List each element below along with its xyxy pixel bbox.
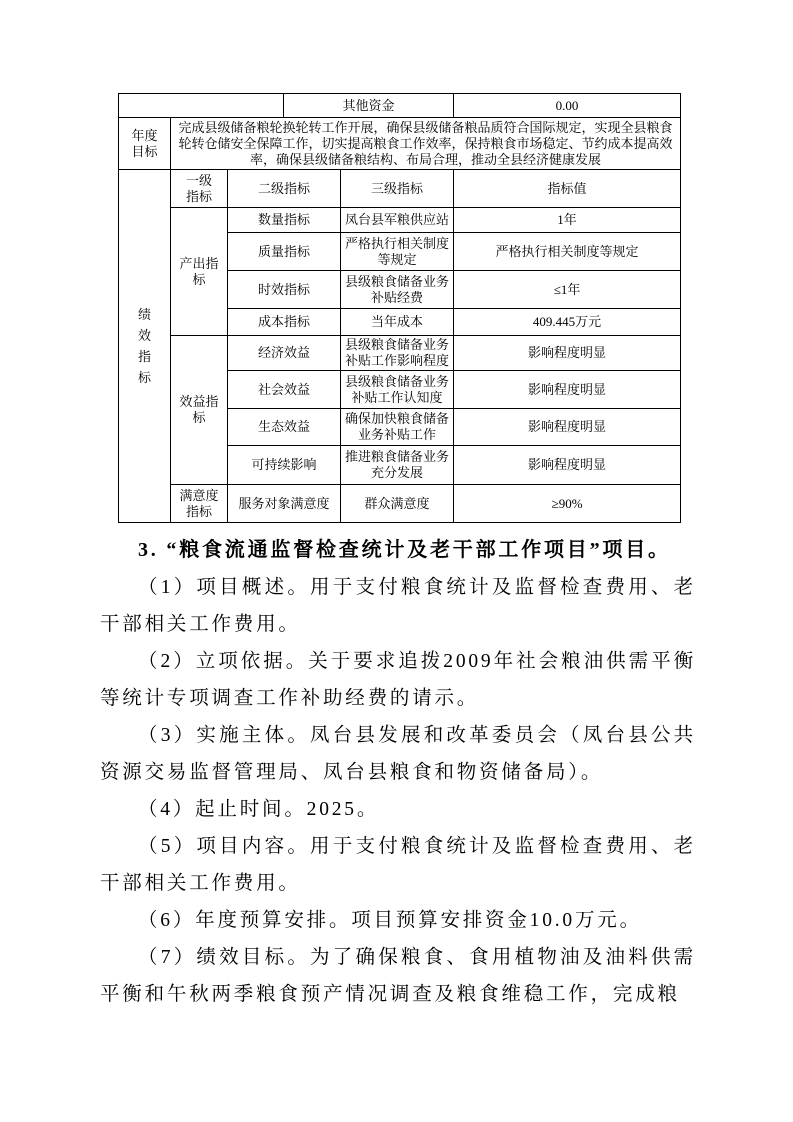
indicator-row: 产出指标 数量指标 凤台县军粮供应站 1年 [119,208,681,233]
l2-cell: 生态效益 [228,409,341,446]
l3-cell: 推进粮食储备业务充分发展 [341,446,454,485]
document-body: 3. “粮食流通监督检查统计及老干部工作项目”项目。 （1）项目概述。用于支付粮… [100,532,696,1013]
annual-goal-label-cell: 年度目标 [119,118,171,170]
paragraph-budget: （6）年度预算安排。项目预算安排资金10.0万元。 [100,902,696,939]
performance-side-label: 绩效指标 [138,304,151,388]
table-row-indicator-header: 绩效指标 一级指标 二级指标 三级指标 指标值 [119,170,681,208]
value-cell: ≥90% [454,485,681,523]
l3-cell: 严格执行相关制度等规定 [341,233,454,271]
performance-side-label-cell: 绩效指标 [119,170,171,523]
header-level1: 一级指标 [186,173,212,205]
header-level2-cell: 二级指标 [228,170,341,208]
output-group-label: 产出指标 [180,256,219,288]
l3-cell: 县级粮食储备业务补贴工作认知度 [341,371,454,409]
empty-cell [119,94,284,118]
value-cell: 影响程度明显 [454,371,681,409]
l2-cell: 质量指标 [228,233,341,271]
l2-cell: 数量指标 [228,208,341,233]
header-level3-cell: 三级指标 [341,170,454,208]
l3-cell: 确保加快粮食储备业务补贴工作 [341,409,454,446]
satisfaction-group-label: 满意度指标 [180,488,219,520]
value-cell: 影响程度明显 [454,336,681,371]
performance-indicator-table: 其他资金 0.00 年度目标 完成县级储备粮轮换轮转工作开展，确保县级储备粮品质… [118,93,681,523]
l2-cell: 可持续影响 [228,446,341,485]
value-cell: 影响程度明显 [454,409,681,446]
satisfaction-group-label-cell: 满意度指标 [171,485,228,523]
value-cell: 影响程度明显 [454,446,681,485]
header-value-cell: 指标值 [454,170,681,208]
other-funds-value-cell: 0.00 [454,94,681,118]
table-row-annual-goal: 年度目标 完成县级储备粮轮换轮转工作开展，确保县级储备粮品质符合国际规定，实现全… [119,118,681,170]
paragraph-content: （5）项目内容。用于支付粮食统计及监督检查费用、老干部相关工作费用。 [100,828,696,902]
l2-cell: 时效指标 [228,271,341,309]
l3-cell: 县级粮食储备业务补贴工作影响程度 [341,336,454,371]
paragraph-timeframe: （4）起止时间。2025。 [100,791,696,828]
paragraph-overview: （1）项目概述。用于支付粮食统计及监督检查费用、老干部相关工作费用。 [100,569,696,643]
value-cell: ≤1年 [454,271,681,309]
other-funds-label-cell: 其他资金 [284,94,454,118]
paragraph-performance-goal: （7）绩效目标。为了确保粮食、食用植物油及油料供需平衡和午秋两季粮食预产情况调查… [100,939,696,1013]
table-row-other-funds: 其他资金 0.00 [119,94,681,118]
value-cell: 409.445万元 [454,309,681,336]
value-cell: 1年 [454,208,681,233]
l2-cell: 经济效益 [228,336,341,371]
paragraph-implementer: （3）实施主体。凤台县发展和改革委员会（凤台县公共资源交易监督管理局、凤台县粮食… [100,717,696,791]
l3-cell: 当年成本 [341,309,454,336]
indicator-row: 满意度指标 服务对象满意度 群众满意度 ≥90% [119,485,681,523]
benefit-group-label-cell: 效益指标 [171,336,228,485]
l2-cell: 成本指标 [228,309,341,336]
document-page: 其他资金 0.00 年度目标 完成县级储备粮轮换轮转工作开展，确保县级储备粮品质… [0,0,793,1122]
output-group-label-cell: 产出指标 [171,208,228,336]
paragraph-basis: （2）立项依据。关于要求追拨2009年社会粮油供需平衡等统计专项调查工作补助经费… [100,643,696,717]
l3-cell: 群众满意度 [341,485,454,523]
l2-cell: 社会效益 [228,371,341,409]
l3-cell: 县级粮食储备业务补贴经费 [341,271,454,309]
header-level1-cell: 一级指标 [171,170,228,208]
section-heading: 3. “粮食流通监督检查统计及老干部工作项目”项目。 [100,532,696,569]
indicator-row: 效益指标 经济效益 县级粮食储备业务补贴工作影响程度 影响程度明显 [119,336,681,371]
benefit-group-label: 效益指标 [180,394,219,426]
annual-goal-text-cell: 完成县级储备粮轮换轮转工作开展，确保县级储备粮品质符合国际规定，实现全县粮食轮转… [171,118,681,170]
l2-cell: 服务对象满意度 [228,485,341,523]
value-cell: 严格执行相关制度等规定 [454,233,681,271]
annual-goal-label: 年度目标 [132,128,158,160]
l3-cell: 凤台县军粮供应站 [341,208,454,233]
